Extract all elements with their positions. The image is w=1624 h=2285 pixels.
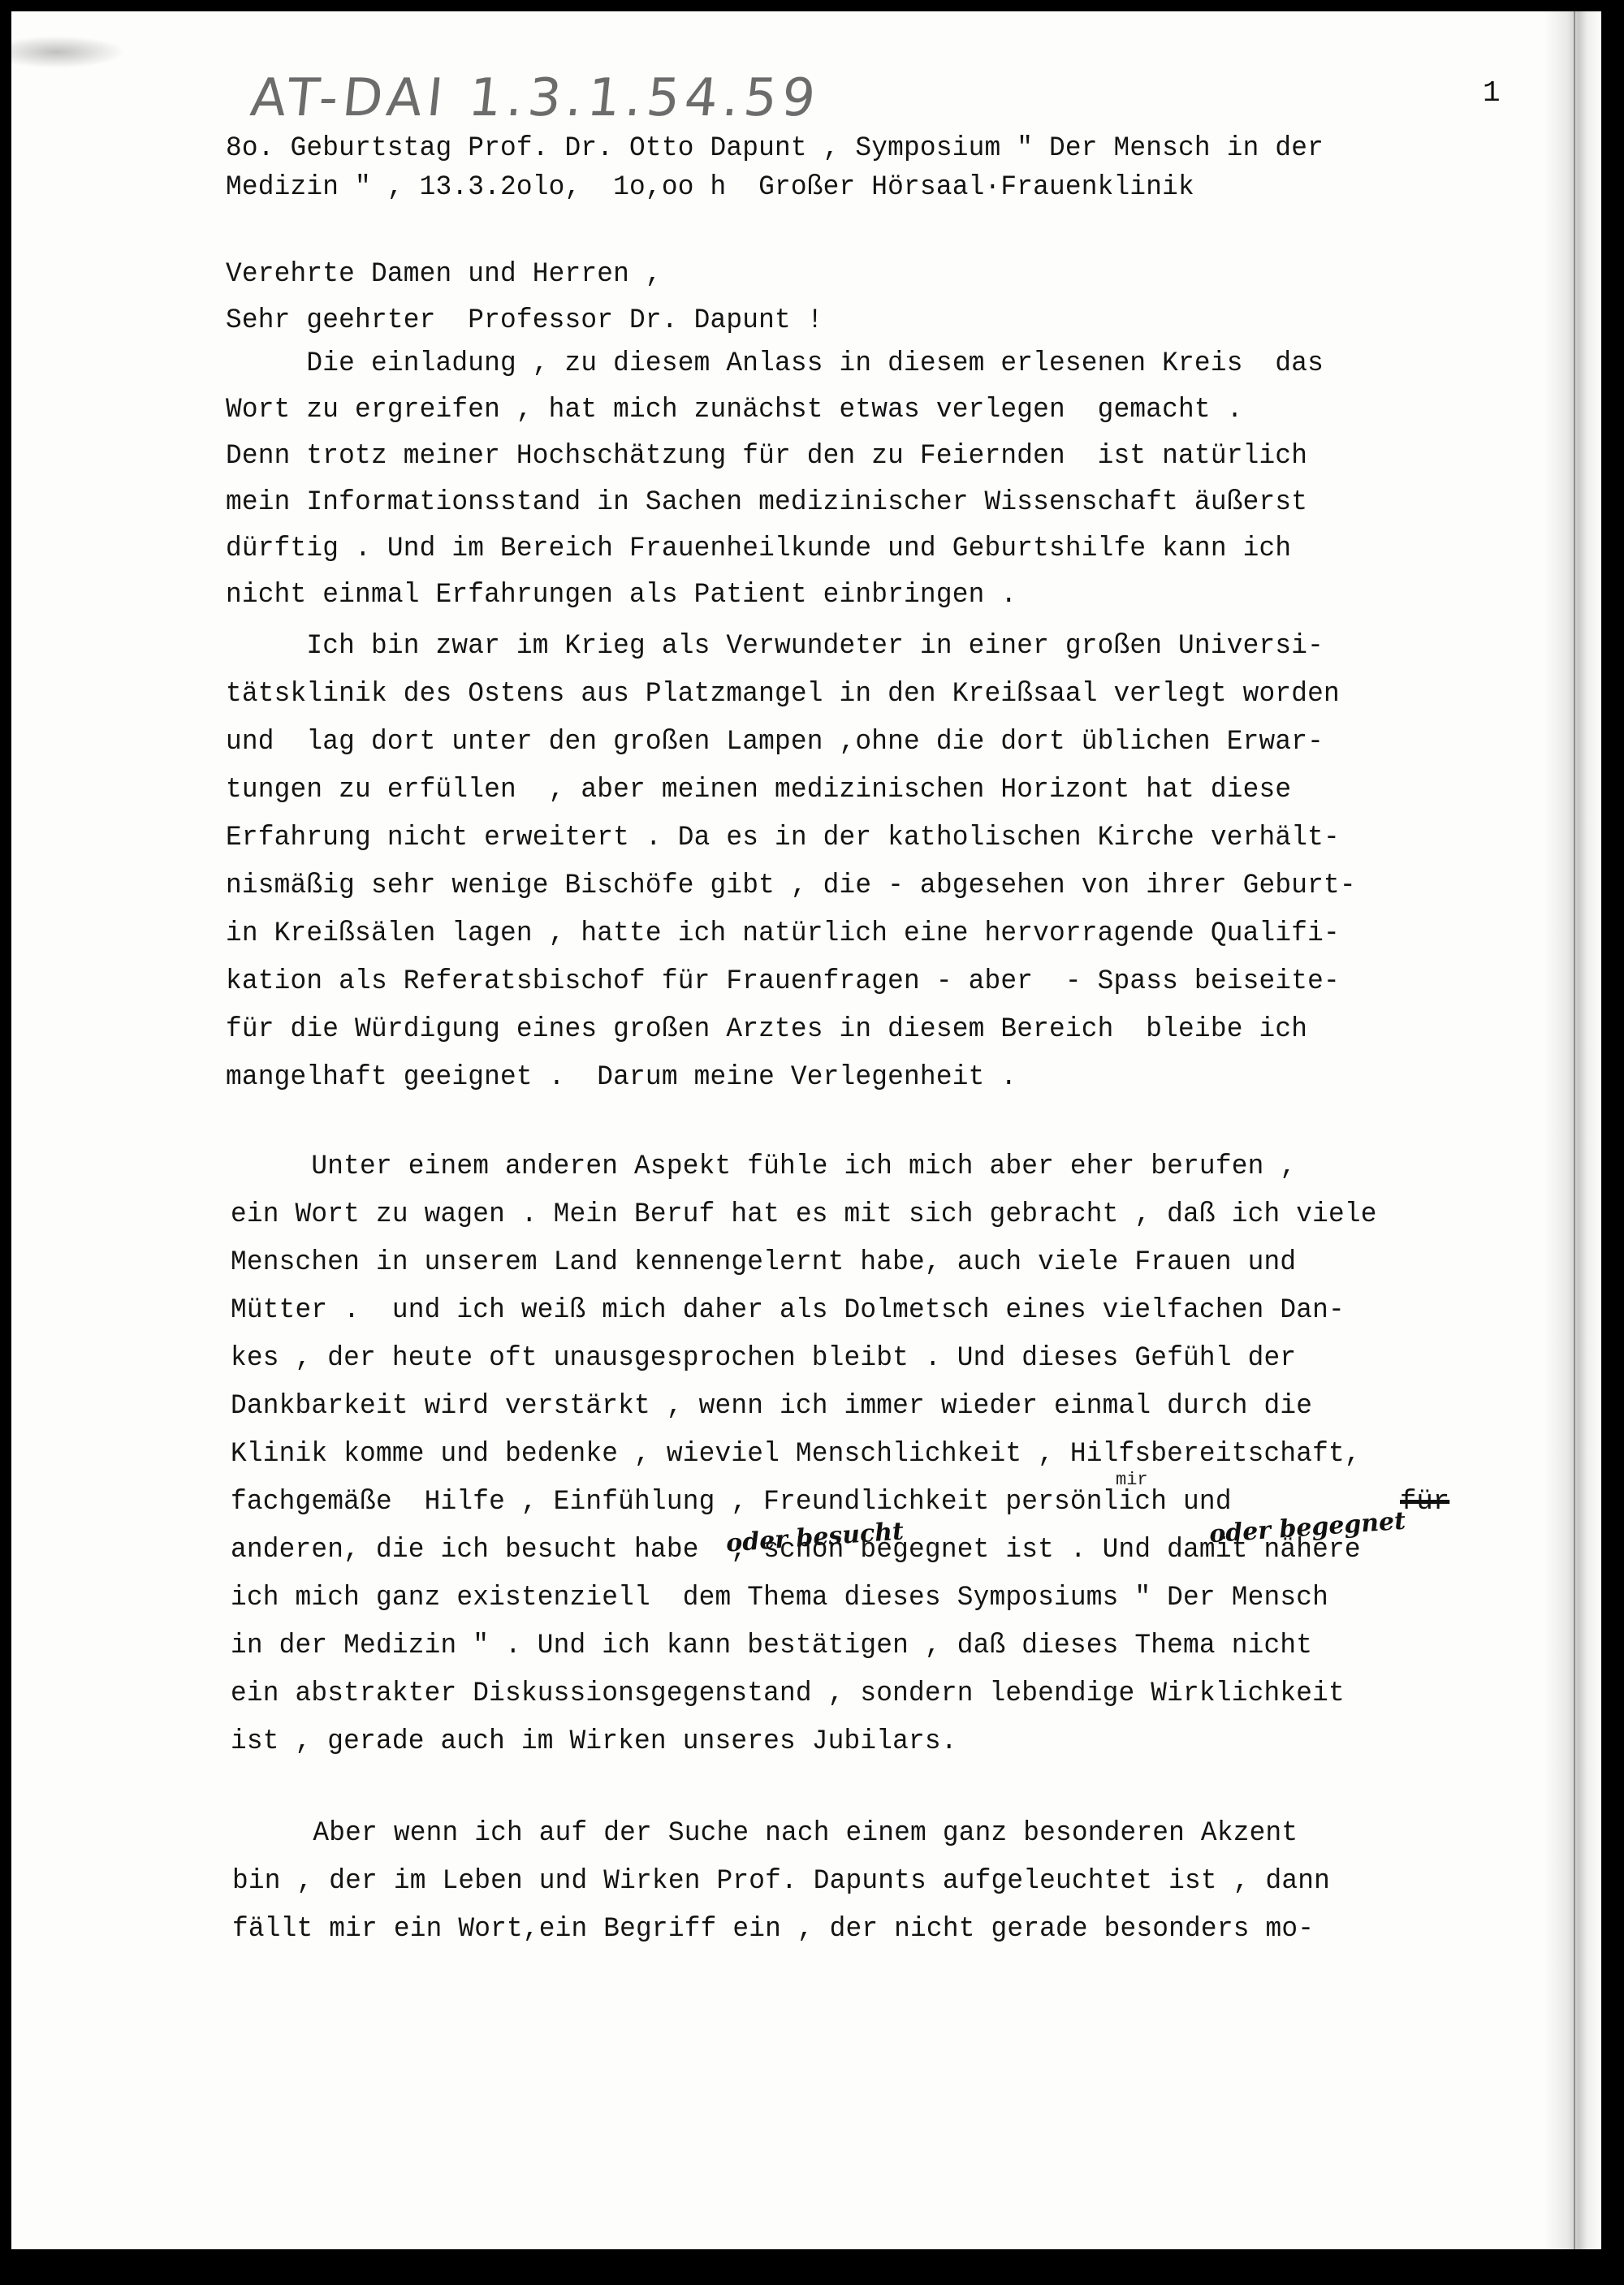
header-line-2: Medizin " , 13.3.2olo, 1o,oo h Großer Hö… — [226, 172, 1194, 203]
salutation-line-2: Sehr geehrter Professor Dr. Dapunt ! — [226, 305, 823, 336]
text-line: Klinik komme und bedenke , wieviel Mensc… — [231, 1439, 1361, 1470]
text-line: dürftig . Und im Bereich Frauenheilkunde… — [226, 533, 1291, 564]
text-line: Wort zu ergreifen , hat mich zunächst et… — [226, 395, 1243, 425]
text-line: mein Informationsstand in Sachen medizin… — [226, 487, 1307, 518]
text-line: nicht einmal Erfahrungen als Patient ein… — [226, 580, 1017, 611]
text-line: kation als Referatsbischof für Frauenfra… — [226, 966, 1340, 997]
text-line: Ich bin zwar im Krieg als Verwundeter in… — [226, 631, 1324, 662]
text-line: fällt mir ein Wort,ein Begriff ein , der… — [232, 1914, 1314, 1945]
text-line: und lag dort unter den großen Lampen ,oh… — [226, 727, 1324, 758]
text-line: mangelhaft geeignet . Darum meine Verleg… — [226, 1062, 1017, 1093]
text-line: Erfahrung nicht erweitert . Da es in der… — [226, 823, 1340, 853]
page-number: 1 — [1483, 76, 1501, 110]
text-line: Dankbarkeit wird verstärkt , wenn ich im… — [231, 1391, 1312, 1422]
text-line: nismäßig sehr wenige Bischöfe gibt , die… — [226, 870, 1356, 901]
salutation-line-1: Verehrte Damen und Herren , — [226, 259, 662, 290]
text-line: ich mich ganz existenziell dem Thema die… — [231, 1583, 1328, 1613]
text-line: Menschen in unserem Land kennengelernt h… — [231, 1247, 1296, 1278]
text-line: ein abstrakter Diskussionsgegenstand , s… — [231, 1678, 1345, 1709]
text-line: Aber wenn ich auf der Suche nach einem g… — [232, 1818, 1298, 1849]
archive-signature: AT-DAI 1.3.1.54.59 — [248, 68, 823, 128]
text-line: in Kreißsälen lagen , hatte ich natürlic… — [226, 918, 1340, 949]
text-line: tätsklinik des Ostens aus Platzmangel in… — [226, 679, 1340, 710]
inserted-word-mir: mir — [1116, 1470, 1148, 1490]
text-line: tungen zu erfüllen , aber meinen medizin… — [226, 775, 1291, 806]
text-line: in der Medizin " . Und ich kann bestätig… — [231, 1631, 1312, 1661]
text-line: bin , der im Leben und Wirken Prof. Dapu… — [232, 1866, 1330, 1897]
text-line: Mütter . und ich weiß mich daher als Dol… — [231, 1295, 1345, 1326]
struck-word: für — [1400, 1487, 1449, 1518]
text-line: kes , der heute oft unausgesprochen blei… — [231, 1343, 1296, 1374]
text-line: anderen, die ich besucht habe , schon be… — [231, 1535, 1361, 1566]
text-line: Denn trotz meiner Hochschätzung für den … — [226, 441, 1307, 472]
text-line: Unter einem anderen Aspekt fühle ich mic… — [231, 1151, 1296, 1182]
scanned-page: AT-DAI 1.3.1.54.59 1 8o. Geburtstag Prof… — [11, 11, 1601, 2249]
header-line-1: 8o. Geburtstag Prof. Dr. Otto Dapunt , S… — [226, 133, 1324, 164]
scan-edge-line — [1574, 11, 1575, 2249]
scan-smudge — [11, 36, 125, 68]
text-line: Die einladung , zu diesem Anlass in dies… — [226, 348, 1324, 379]
scan-edge-shadow — [1544, 11, 1601, 2249]
text-line: fachgemäße Hilfe , Einfühlung , Freundli… — [231, 1487, 1248, 1518]
text-line: für die Würdigung eines großen Arztes in… — [226, 1014, 1307, 1045]
text-line: ist , gerade auch im Wirken unseres Jubi… — [231, 1726, 957, 1757]
text-line: ein Wort zu wagen . Mein Beruf hat es mi… — [231, 1199, 1377, 1230]
